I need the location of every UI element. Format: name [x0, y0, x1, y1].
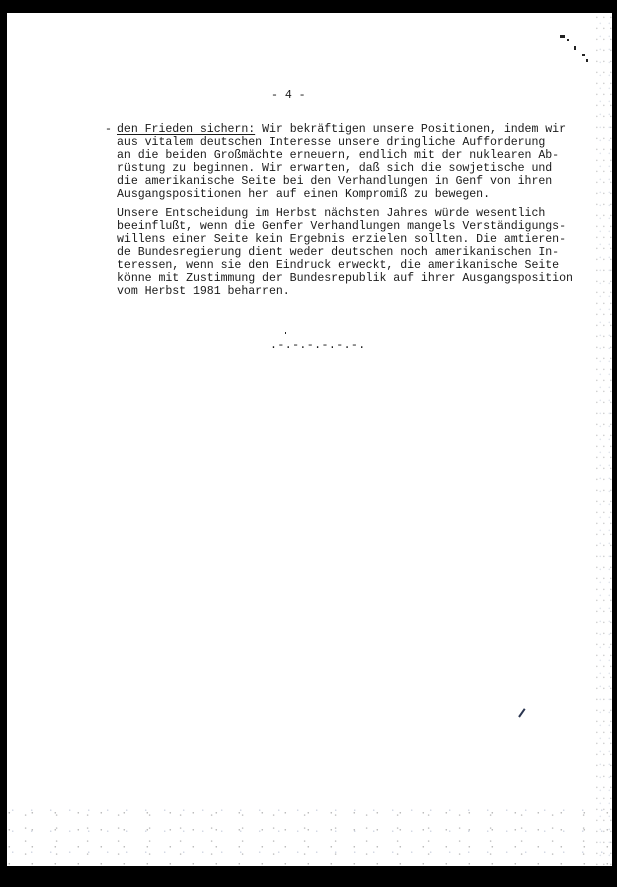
page-number: - 4 -: [271, 89, 306, 102]
paragraph-line: teressen, wenn sie den Eindruck erweckt,…: [117, 259, 559, 272]
paragraph-frieden-sichern: den Frieden sichern: Wir bekräftigen uns…: [117, 123, 566, 201]
paragraph-line: Ausgangspositionen her auf einen Komprom…: [117, 188, 490, 201]
end-separator: .-.-.-.-.-.-.: [270, 339, 366, 352]
paragraph-line: an die beiden Großmächte erneuern, endli…: [117, 149, 559, 162]
paragraph-line: beeinflußt, wenn die Genfer Verhandlunge…: [117, 220, 566, 233]
paragraph-line: aus vitalem deutschen Interesse unsere d…: [117, 136, 545, 149]
paragraph-line: könne mit Zustimmung der Bundesrepublik …: [117, 272, 573, 285]
scanned-document-page: - 4 - - den Frieden sichern: Wir bekräft…: [7, 13, 612, 866]
bullet-dash: -: [105, 123, 112, 136]
scan-mark: [567, 39, 569, 41]
paragraph-line: willens einer Seite kein Ergebnis erziel…: [117, 233, 566, 246]
paragraph-line: vom Herbst 1981 beharren.: [117, 285, 290, 298]
paragraph-line: Wir bekräftigen unsere Positionen, indem…: [255, 123, 566, 136]
scan-mark: [582, 54, 585, 56]
paragraph-line: de Bundesregierung dient weder deutschen…: [117, 246, 559, 259]
scan-mark: [285, 332, 286, 334]
paragraph-line: Unsere Entscheidung im Herbst nächsten J…: [117, 207, 545, 220]
scan-mark: [586, 59, 588, 62]
paragraph-line: die amerikanische Seite bei den Verhandl…: [117, 175, 552, 188]
scan-mark: [560, 35, 565, 38]
paragraph-entscheidung: Unsere Entscheidung im Herbst nächsten J…: [117, 207, 573, 298]
pen-mark: [518, 708, 525, 717]
scan-mark: [574, 46, 576, 50]
scan-noise: [7, 806, 612, 866]
paragraph-line: rüstung zu beginnen. Wir erwarten, daß s…: [117, 162, 552, 175]
scan-noise: [594, 13, 612, 866]
paragraph-heading: den Frieden sichern:: [117, 123, 255, 136]
